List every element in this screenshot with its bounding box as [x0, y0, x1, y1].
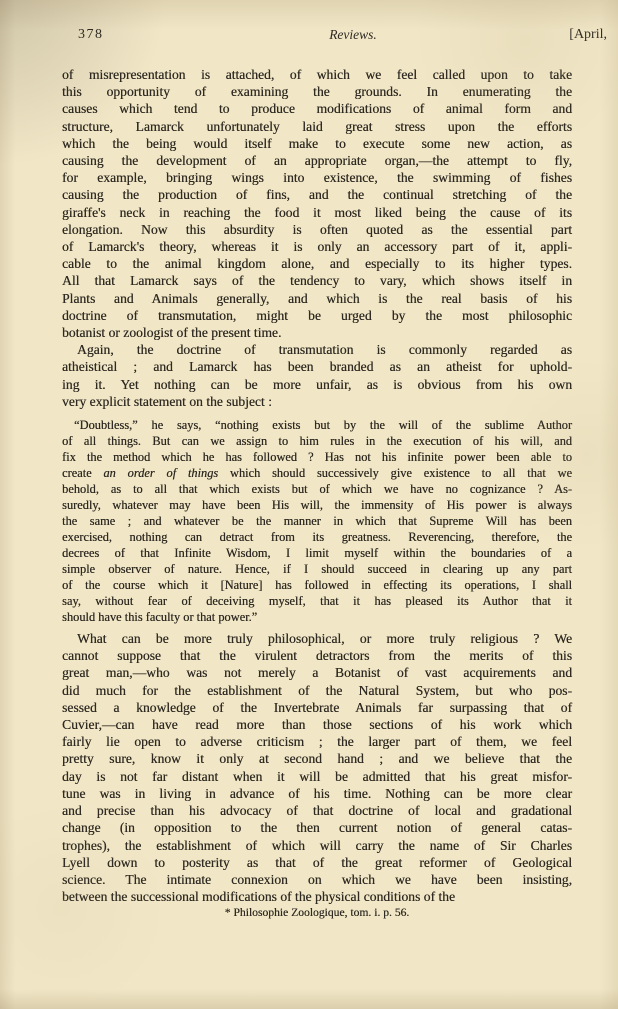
scanned-book-page: 378 Reviews. [April, of misrepresentatio…	[0, 0, 618, 1009]
text-line: exercised, nothing can detract from its …	[62, 529, 572, 545]
text-line: Plants and Animals generally, and which …	[62, 290, 572, 307]
text-line: say, without fear of deceiving myself, t…	[62, 593, 572, 609]
text-line: Cuvier,—can have read more than those se…	[62, 716, 572, 733]
text-line: fix the method which he has followed ? H…	[62, 449, 572, 465]
text-line: very explicit statement on the subject :	[62, 393, 572, 410]
text-line: between the successional modifications o…	[62, 888, 572, 905]
page-header: 378 Reviews. [April,	[78, 27, 607, 47]
text-line: fairly lie open to adverse criticism ; t…	[62, 733, 572, 750]
text-line: tune was in living in advance of his tim…	[62, 785, 572, 802]
text-line: cable to the animal kingdom alone, and e…	[62, 255, 572, 272]
text-line: cannot suppose that the virulent detract…	[62, 647, 572, 664]
text-line: simple observer of nature. Hence, if I s…	[62, 561, 572, 577]
text-line: the same ; and whatever be the manner in…	[62, 513, 572, 529]
text-line: change (in opposition to the then curren…	[62, 819, 572, 836]
text-line: for example, bringing wings into existen…	[62, 169, 572, 186]
text-line: What can be more truly philosophical, or…	[62, 630, 572, 647]
paragraph: Again, the doctrine of transmutation is …	[62, 341, 572, 410]
paragraph: What can be more truly philosophical, or…	[62, 630, 572, 905]
block-quote: “Doubtless,” he says, “nothing exists bu…	[62, 417, 572, 625]
text-line: causing the development of an appropriat…	[62, 152, 572, 169]
page-body-text: of misrepresentation is attached, of whi…	[62, 66, 572, 905]
text-line: “Doubtless,” he says, “nothing exists bu…	[62, 417, 572, 433]
text-line: science. The intimate connexion on which…	[62, 871, 572, 888]
text-line: elongation. Now this absurdity is often …	[62, 221, 572, 238]
text-line: of the course which it [Nature] has foll…	[62, 577, 572, 593]
paragraph: of misrepresentation is attached, of whi…	[62, 66, 572, 341]
text-line: pretty sure, know it only at second hand…	[62, 750, 572, 767]
text-line: causing the production of fins, and the …	[62, 186, 572, 203]
running-title: Reviews.	[303, 27, 403, 43]
issue-date-marker: [April,	[569, 27, 607, 43]
text-line: doctrine of transmutation, might be urge…	[62, 307, 572, 324]
text-line: this opportunity of examining the ground…	[62, 83, 572, 100]
text-line: of all things. But can we assign to him …	[62, 433, 572, 449]
text-line: which the being would itself make to exe…	[62, 135, 572, 152]
text-line: giraffe's neck in reaching the food it m…	[62, 204, 572, 221]
text-line: trophes), the establishment of which wil…	[62, 837, 572, 854]
text-line: behold, as to all that which exists but …	[62, 481, 572, 497]
page-number: 378	[78, 27, 104, 43]
text-line: Again, the doctrine of transmutation is …	[62, 341, 572, 358]
text-line: causes which tend to produce modificatio…	[62, 100, 572, 117]
text-line: ing it. Yet nothing can be more unfair, …	[62, 376, 572, 393]
text-line: suredly, whatever may have been His will…	[62, 497, 572, 513]
text-line: botanist or zoologist of the present tim…	[62, 324, 572, 341]
text-line: of misrepresentation is attached, of whi…	[62, 66, 572, 83]
text-line: great man,—who was not merely a Botanist…	[62, 664, 572, 681]
text-line: decrees of that Infinite Wisdom, I limit…	[62, 545, 572, 561]
text-line: Lyell down to posterity as that of the g…	[62, 854, 572, 871]
text-line: did much for the establishment of the Na…	[62, 682, 572, 699]
text-line: should have this faculty or that power.”	[62, 609, 572, 625]
text-line: day is not far distant when it will be a…	[62, 768, 572, 785]
text-line: All that Lamarck says of the tendency to…	[62, 272, 572, 289]
text-line: sessed a knowledge of the Invertebrate A…	[62, 699, 572, 716]
text-line: of Lamarck's theory, whereas it is only …	[62, 238, 572, 255]
text-line: and precise than his advocacy of that do…	[62, 802, 572, 819]
text-line: structure, Lamarck unfortunately laid gr…	[62, 118, 572, 135]
text-line: atheistical ; and Lamarck has been brand…	[62, 358, 572, 375]
text-line: create an order of things which should s…	[62, 465, 572, 481]
footnote: * Philosophie Zoologique, tom. i. p. 56.	[62, 906, 572, 919]
